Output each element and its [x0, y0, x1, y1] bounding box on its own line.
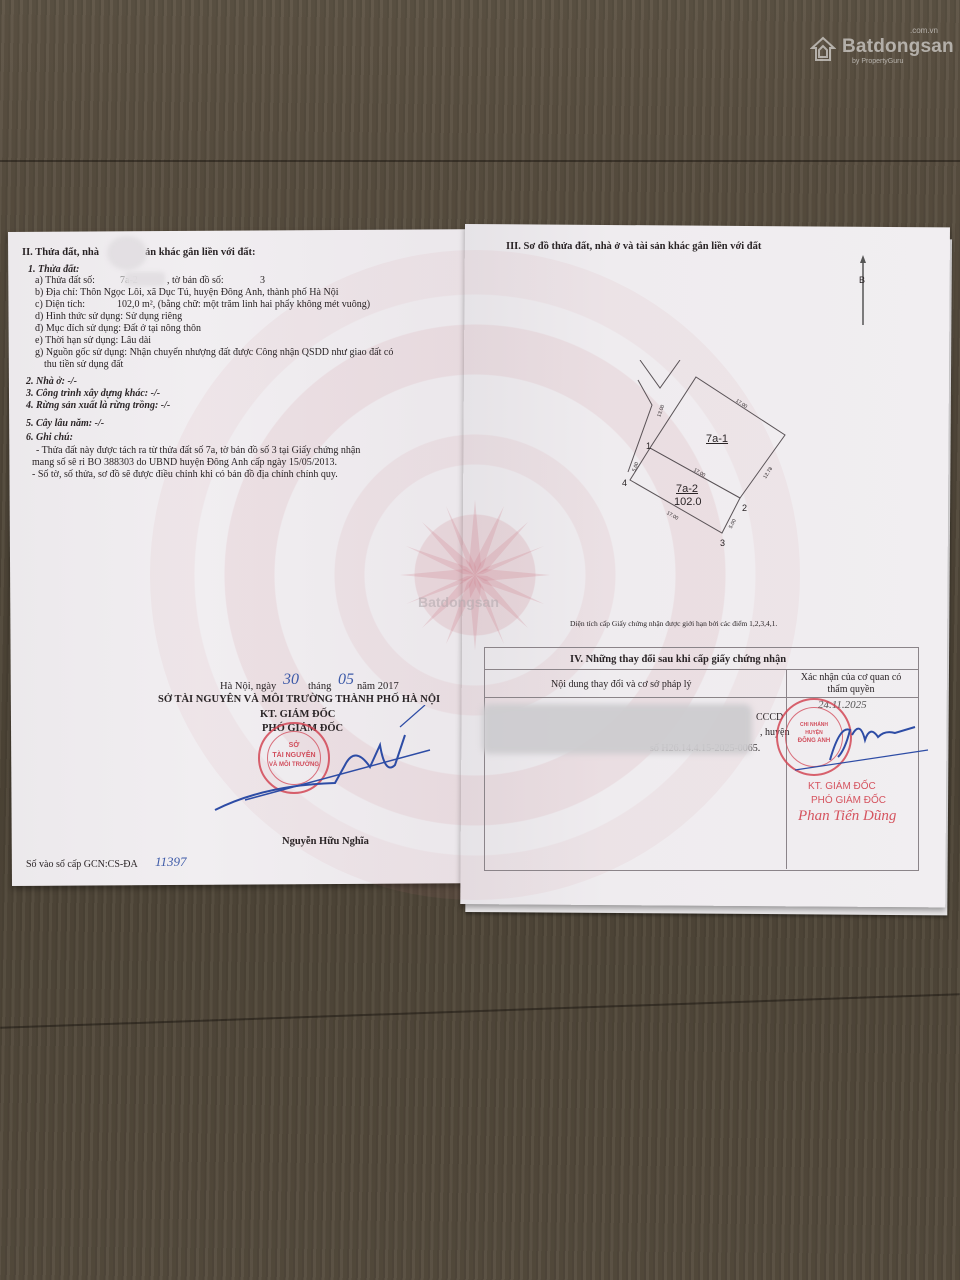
- map-sheet-label: , tờ bản đồ số:: [167, 275, 224, 287]
- signature-left: [205, 705, 435, 815]
- issue-date-prefix: Hà Nội, ngày: [220, 681, 276, 693]
- changes-col1-header: Nội dung thay đổi và cơ sở pháp lý: [551, 679, 692, 691]
- batdongsan-watermark: Batdongsan .com.vn by PropertyGuru: [808, 32, 958, 68]
- map-sheet-number: 3: [260, 275, 265, 287]
- item-house: 2. Nhà ở: -/-: [26, 376, 77, 388]
- issue-month-label: tháng: [308, 681, 331, 693]
- center-watermark: Batdongsan: [418, 596, 499, 608]
- point-1: 1: [646, 440, 651, 452]
- confirm-title-2: PHÓ GIÁM ĐỐC: [811, 795, 886, 807]
- land-use-origin-cont: thu tiền sử dụng đất: [44, 359, 123, 371]
- registry-label: Số vào sổ cấp GCN:CS-ĐA: [26, 859, 138, 871]
- land-area-label: c) Diện tích:: [35, 299, 85, 311]
- plot-diagram: [600, 360, 800, 550]
- item-plantation-forest: 4. Rừng sản xuất là rừng trồng: -/-: [26, 400, 170, 412]
- redaction-blur: [125, 272, 165, 286]
- boundary-note: Diện tích cấp Giấy chứng nhận được giới …: [570, 618, 777, 630]
- point-4: 4: [622, 477, 627, 489]
- confirm-title-1: KT. GIÁM ĐỐC: [808, 781, 876, 793]
- parcel-7a-2-label: 7a-2: [676, 483, 698, 495]
- watermark-sub: by PropertyGuru: [852, 58, 903, 65]
- item-notes-heading: 6. Ghi chú:: [26, 432, 73, 444]
- watermark-brand: Batdongsan: [842, 36, 954, 58]
- point-3: 3: [720, 537, 725, 549]
- table-divider: [786, 669, 787, 869]
- point-2: 2: [742, 502, 747, 514]
- signature-right: [790, 715, 930, 775]
- note-line-1: - Thửa đất này được tách ra từ thửa đất …: [36, 445, 360, 457]
- issue-year: năm 2017: [357, 681, 399, 693]
- redaction-blur: [107, 236, 147, 270]
- section-ii-title-left: II. Thửa đất, nhà: [22, 247, 99, 259]
- land-use-form: d) Hình thức sử dụng: Sử dụng riêng: [35, 311, 182, 323]
- signer-name: Nguyễn Hữu Nghĩa: [282, 836, 369, 848]
- item-other-works: 3. Công trình xây dựng khác: -/-: [26, 388, 160, 400]
- parcel-7a-2-area: 102.0: [674, 496, 702, 508]
- note-line-2: mang số sê ri BO 388303 do UBND huyện Đô…: [32, 457, 337, 469]
- confirm-signer: Phan Tiến Dũng: [798, 810, 896, 822]
- parcel-7a-1-label: 7a-1: [706, 433, 728, 445]
- section-iii-title: III. Sơ đồ thửa đất, nhà ở và tài sản kh…: [506, 241, 761, 253]
- table-divider: [484, 669, 918, 670]
- note-line-3: - Số tờ, số thửa, sơ đồ sẽ được điều chỉ…: [32, 469, 338, 481]
- land-address: b) Địa chỉ: Thôn Ngọc Lôi, xã Dục Tú, hu…: [35, 287, 338, 299]
- house-logo-icon: [810, 36, 836, 62]
- floor-plank-seam: [0, 160, 960, 162]
- registry-number: 11397: [155, 856, 187, 868]
- issue-day: 30: [283, 674, 299, 686]
- issue-month: 05: [338, 674, 354, 686]
- land-parcel-label: a) Thửa đất số:: [35, 275, 95, 287]
- land-use-purpose: đ) Mục đích sử dụng: Đất ở tại nông thôn: [35, 323, 201, 335]
- north-arrow-icon: [855, 255, 875, 325]
- floor-plank-seam: [0, 993, 959, 1029]
- north-label: B: [859, 274, 865, 286]
- changes-table-title: IV. Những thay đổi sau khi cấp giấy chứn…: [570, 654, 786, 666]
- item-perennial-trees: 5. Cây lâu năm: -/-: [26, 418, 104, 430]
- redaction-blur: [482, 704, 752, 754]
- land-use-origin: g) Nguồn gốc sử dụng: Nhận chuyển nhượng…: [35, 347, 393, 359]
- watermark-tld: .com.vn: [910, 26, 938, 35]
- section-ii-title-right: ản khác gắn liền với đất:: [145, 247, 256, 259]
- table-divider: [484, 697, 918, 698]
- changes-col2-header: Xác nhận của cơ quan có thẩm quyền: [795, 672, 907, 696]
- land-area-value: 102,0 m², (bằng chữ: một trăm linh hai p…: [117, 299, 370, 311]
- land-use-term: e) Thời hạn sử dụng: Lâu dài: [35, 335, 151, 347]
